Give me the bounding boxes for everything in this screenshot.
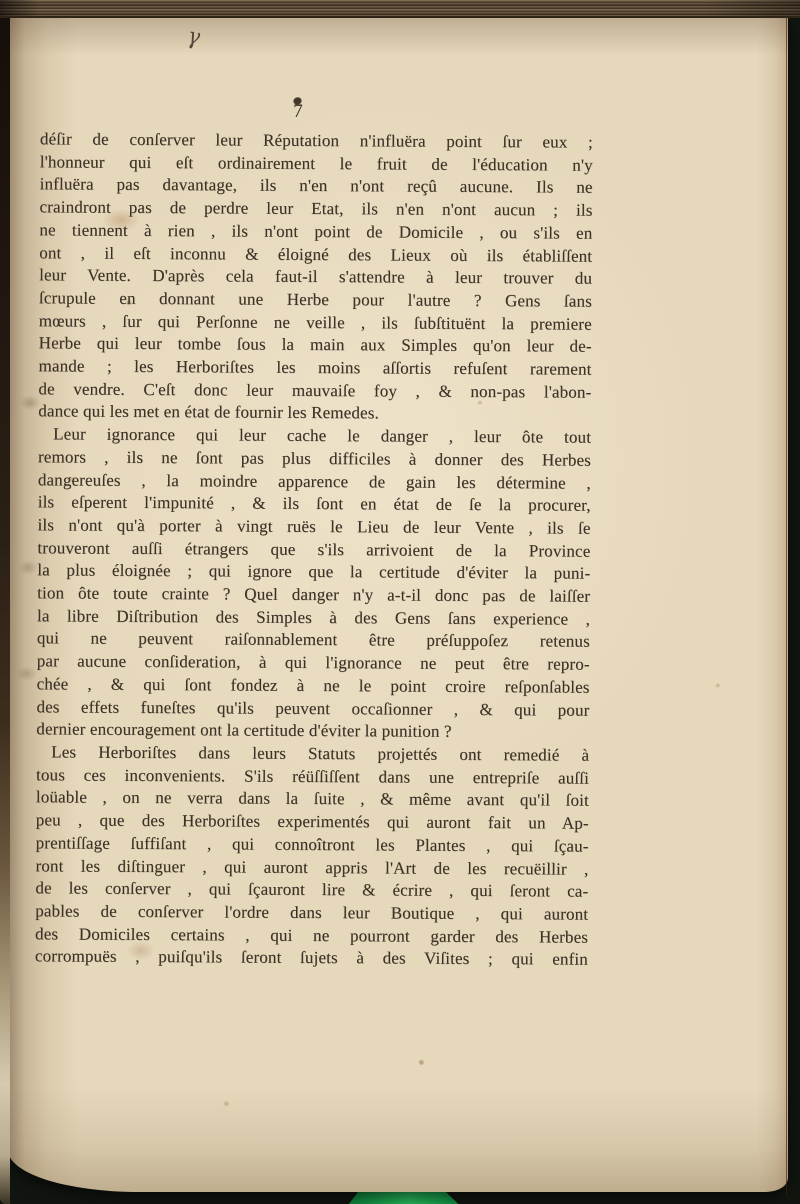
text-line: mande ; les Herboriſtes les moins aſſort… xyxy=(38,355,591,381)
text-line: loüable , on ne verra dans la ſuite , & … xyxy=(36,787,589,813)
text-line: ils n'ont qu'à porter à vingt ruës le Li… xyxy=(38,514,591,540)
text-line: Les Herboriſtes dans leurs Statuts proje… xyxy=(36,741,589,767)
text-line: dernier encouragement ont la certitude d… xyxy=(36,719,589,745)
text-line: la plus éloignée ; qui ignore que la cer… xyxy=(37,560,590,586)
text-line: remors , ils ne ſont pas plus difficiles… xyxy=(38,446,591,472)
text-line: par aucune conſideration, à qui l'ignora… xyxy=(37,650,590,676)
page-number: 7 xyxy=(282,101,314,123)
text-line: ront les diſtinguer , qui auront appris … xyxy=(35,855,588,881)
text-line: de vendre. C'eſt donc leur mauvaiſe foy … xyxy=(38,378,591,404)
text-line: mœurs , ſur qui Perſonne ne veille , ils… xyxy=(39,310,592,336)
text-line: ils eſperent l'impunité , & ils ſont en … xyxy=(38,492,591,518)
text-line: ont , il eſt inconnu & éloigné des Lieux… xyxy=(39,242,592,268)
text-line: prentiſſage ſuffiſant , qui connoîtront … xyxy=(36,832,589,858)
text-line: tous ces inconvenients. S'ils réüſſiſſen… xyxy=(36,764,589,790)
text-line: ne tiennent à rien , ils n'ont point de … xyxy=(39,219,592,245)
text-line: qui ne peuvent raiſonnablement être préſ… xyxy=(37,628,590,654)
text-line: des effets funeſtes qu'ils peuvent occaſ… xyxy=(36,696,589,722)
text-line: la libre Diſtribution des Simples à des … xyxy=(37,605,590,631)
text-line: leur Vente. D'après cela faut-il s'atten… xyxy=(39,265,592,291)
text-line: craindront pas de perdre leur Etat, ils … xyxy=(39,196,592,222)
text-line: peu , que des Herboriſtes experimentés q… xyxy=(36,809,589,835)
text-line: déſir de conſerver leur Réputation n'inf… xyxy=(40,128,593,154)
text-line: ſcrupule en donnant une Herbe pour l'aut… xyxy=(39,287,592,313)
text-line: l'honneur qui eſt ordinairement le fruit… xyxy=(40,151,593,177)
book-photo: γ 7 déſir de conſerver leur Réputation n… xyxy=(0,0,800,1204)
text-line: des Domiciles certains , qui ne pourront… xyxy=(35,923,588,949)
book-fore-edge xyxy=(786,13,800,1197)
text-line: Herbe qui leur tombe ſous la main aux Si… xyxy=(39,333,592,359)
text-line: trouveront auſſi étrangers que s'ils arr… xyxy=(37,537,590,563)
paragraph: Les Herboriſtes dans leurs Statuts proje… xyxy=(35,741,589,971)
text-line: corrompuës , puiſqu'ils ſeront ſujets à … xyxy=(35,946,588,972)
book-top-page-edges xyxy=(0,0,800,18)
text-line: pables de conſerver l'ordre dans leur Bo… xyxy=(35,900,588,926)
text-line: de les conſerver , qui ſçauront lire & é… xyxy=(35,878,588,904)
paragraph: Leur ignorance qui leur cache le danger … xyxy=(36,423,591,744)
paragraph: déſir de conſerver leur Réputation n'inf… xyxy=(38,128,593,427)
text-line: tion ôte toute crainte ? Quel danger n'y… xyxy=(37,582,590,608)
page-text: déſir de conſerver leur Réputation n'inf… xyxy=(35,128,593,971)
book-spine-gutter xyxy=(0,0,10,1204)
text-line: dance qui les met en état de fournir les… xyxy=(38,401,591,427)
text-line: chée , & qui ſont fondez à ne le point c… xyxy=(37,673,590,699)
text-line: influëra pas davantage, ils n'en n'ont r… xyxy=(40,174,593,200)
text-line: dangereuſes , la moindre apparence de ga… xyxy=(38,469,591,495)
text-line: Leur ignorance qui leur cache le danger … xyxy=(38,423,591,449)
